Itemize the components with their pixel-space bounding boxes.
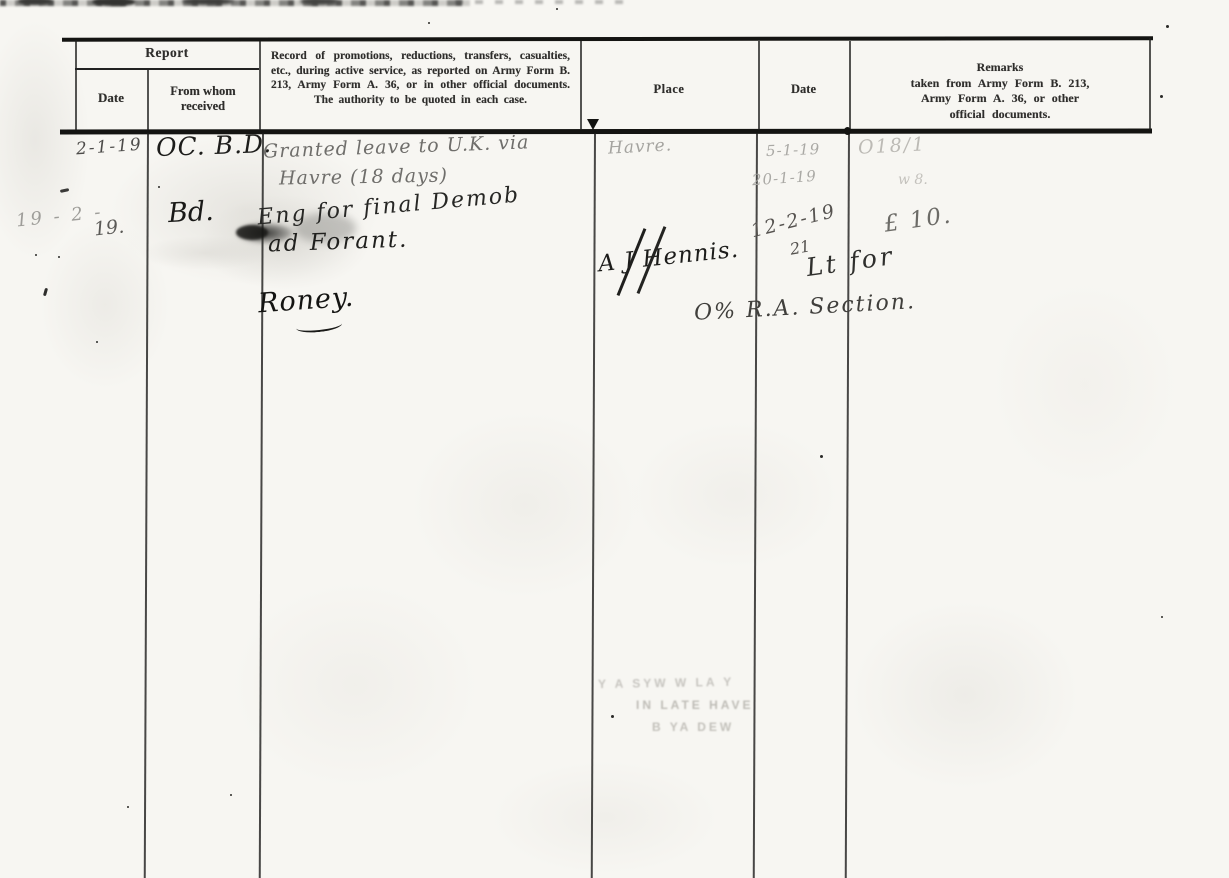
header-divider bbox=[849, 41, 851, 130]
paper-shading bbox=[140, 236, 270, 270]
entry2-report-date-dark: 19. bbox=[93, 217, 125, 239]
column-header-remarks: Remarks taken from Army Form B. 213, Arm… bbox=[852, 60, 1148, 122]
column-rule bbox=[259, 133, 264, 878]
column-rule bbox=[753, 133, 758, 878]
scan-speck bbox=[35, 254, 37, 256]
bleed-through-text: IN LATE HAVE bbox=[636, 698, 754, 712]
bleed-through-text: Y A SYW W LA Y bbox=[598, 675, 734, 691]
paper-shading bbox=[490, 760, 720, 875]
report-underline bbox=[75, 68, 259, 70]
entry2-place-signature: A J Hennis. bbox=[597, 239, 740, 277]
signature-flourish bbox=[295, 318, 342, 335]
column-rule bbox=[591, 133, 596, 878]
scan-speck bbox=[611, 715, 614, 718]
column-rule bbox=[144, 133, 149, 878]
paper-shading bbox=[850, 600, 1080, 790]
entry1-record-line2: Havre (18 days) bbox=[279, 167, 448, 189]
table-top-rule bbox=[62, 36, 1153, 42]
scan-speck bbox=[127, 806, 129, 808]
entry1-date1: 5-1-19 bbox=[766, 142, 821, 159]
scan-speck bbox=[58, 256, 60, 258]
entry1-report-date: 2-1-19 bbox=[75, 137, 143, 159]
paper-shading bbox=[40, 220, 170, 390]
entry2-date: 12-2-19 bbox=[749, 202, 838, 242]
column-header-record-paragraph: Record of promotions, reductions, transf… bbox=[271, 49, 570, 107]
table-right-border bbox=[1149, 38, 1151, 130]
column-rule bbox=[845, 133, 850, 878]
scan-speck bbox=[1166, 25, 1169, 28]
ink-wedge-mark bbox=[587, 119, 599, 130]
scan-torn-edge bbox=[455, 0, 635, 4]
scanned-army-form-page: Report Date From whom received Record of… bbox=[0, 0, 1229, 878]
entry1-remarks-faint2: w 8. bbox=[898, 173, 928, 187]
paper-shading bbox=[410, 410, 640, 600]
column-header-report: Report bbox=[75, 45, 259, 61]
entry2-record-signature: Roney. bbox=[257, 284, 355, 318]
entry1-date2: 20-1-19 bbox=[752, 169, 818, 188]
entry1-from-whom: OC. B.D. bbox=[156, 131, 273, 160]
scan-speck bbox=[96, 341, 98, 343]
paper-shading bbox=[630, 420, 840, 570]
entry2-remarks-amount: £ 10. bbox=[883, 204, 954, 236]
scan-comma-mark bbox=[43, 288, 48, 297]
scan-speck bbox=[556, 8, 558, 10]
entry1-record-line1: Granted leave to U.K. via bbox=[263, 133, 530, 161]
entry2-remarks-sig-line1: Lt for bbox=[805, 243, 896, 280]
entry1-place: Havre. bbox=[608, 137, 673, 157]
entry2-from-whom: Bd. bbox=[167, 198, 214, 227]
scan-speck bbox=[1160, 95, 1163, 98]
scan-speck bbox=[230, 794, 232, 796]
ink-nub-mark bbox=[844, 127, 851, 135]
paper-shading bbox=[990, 280, 1180, 490]
paper-shading bbox=[230, 580, 480, 790]
entry2-report-date-faint: 19 - 2 - bbox=[15, 203, 104, 230]
column-header-report-date: Date bbox=[75, 90, 147, 106]
entry1-remarks-faint: O18/1 bbox=[858, 135, 927, 158]
column-header-from-whom: From whom received bbox=[147, 84, 259, 114]
scan-speck bbox=[158, 186, 160, 188]
scan-torn-edge bbox=[0, 0, 470, 6]
entry2-record-line2: ad Forant. bbox=[268, 229, 409, 257]
header-divider bbox=[259, 41, 261, 130]
column-header-place: Place bbox=[580, 82, 758, 97]
scan-dash-mark bbox=[60, 188, 69, 192]
entry2-record-line1: Eng for final Demob bbox=[257, 185, 521, 230]
scan-speck bbox=[428, 22, 430, 24]
scan-speck bbox=[1161, 616, 1163, 618]
entry2-remarks-sig-line2: O% R.A. Section. bbox=[694, 291, 917, 325]
bleed-through-text: B YA DEW bbox=[652, 720, 734, 734]
scan-speck bbox=[820, 455, 823, 458]
column-header-date: Date bbox=[758, 82, 849, 97]
